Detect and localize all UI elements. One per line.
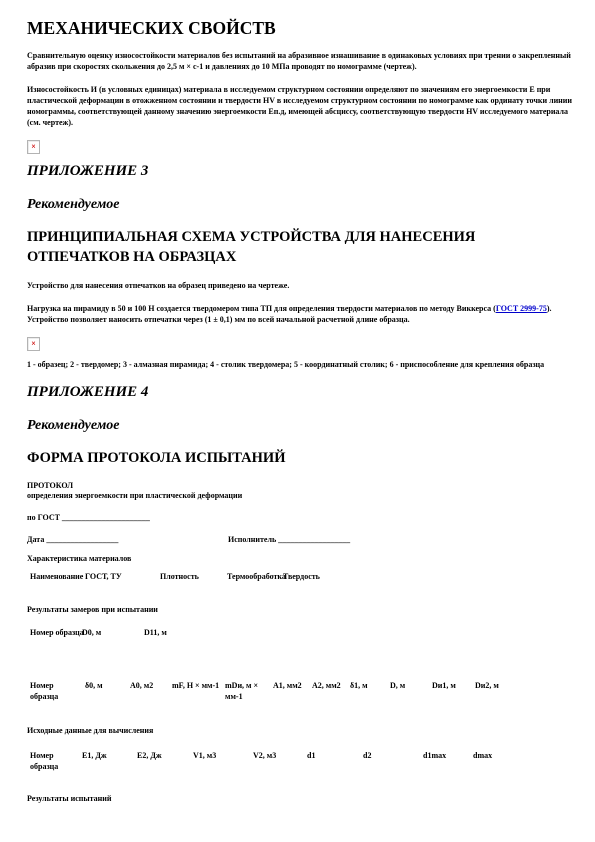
device-paragraph: Устройство для нанесения отпечатков на о… (27, 280, 575, 291)
table-cell: D, м (390, 681, 432, 702)
protocol-title: ПРОТОКОЛ (27, 481, 73, 490)
gost-blank-line: по ГОСТ ______________________ (27, 512, 575, 523)
initial-data-heading: Исходные данные для вычисления (27, 725, 575, 736)
date-blank-field: Дата __________________ (27, 534, 228, 545)
load-paragraph: Нагрузка на пирамиду в 50 и 100 Н создае… (27, 303, 575, 325)
materials-header-row: Наименование ГОСТ, ТУ Плотность Термообр… (27, 572, 575, 583)
gost-2999-75-link[interactable]: ГОСТ 2999-75 (496, 304, 547, 313)
table-cell: V1, м3 (193, 751, 253, 772)
table-cell: А2, мм2 (312, 681, 350, 702)
table-cell: Dи2, м (475, 681, 535, 702)
table-cell: δ1, м (350, 681, 390, 702)
table-cell: δ0, м (85, 681, 130, 702)
broken-image-icon: × (27, 140, 40, 154)
intro-paragraph-2: Износостойкость И (в условных единицах) … (27, 84, 575, 128)
initial-data-header-row: Номер образца Е1, Дж Е2, Дж V1, м3 V2, м… (27, 751, 575, 772)
page-title: МЕХАНИЧЕСКИХ СВОЙСТВ (27, 18, 575, 38)
intro-paragraph-1: Сравнительную оценку износостойкости мат… (27, 50, 575, 72)
broken-image-icon: × (27, 337, 40, 351)
measurements-header-row: Номер образца D0, м D11, м (27, 628, 575, 639)
table-cell: ГОСТ, ТУ (85, 572, 160, 583)
table-cell: Е1, Дж (82, 751, 137, 772)
table-cell: Номер образца (30, 751, 82, 772)
table-cell: D0, м (82, 628, 144, 639)
date-executor-row: Дата __________________ Исполнитель ____… (27, 534, 575, 545)
appendix4-title: ФОРМА ПРОТОКОЛА ИСПЫТАНИЙ (27, 448, 575, 468)
test-results-heading: Результаты испытаний (27, 793, 575, 804)
table-cell: Номер образца (30, 628, 82, 639)
document-page: МЕХАНИЧЕСКИХ СВОЙСТВ Сравнительную оценк… (0, 0, 595, 842)
table-cell: Номер образца (30, 681, 85, 702)
table-cell: Dи1, м (432, 681, 475, 702)
table-cell: D11, м (144, 628, 214, 639)
measurements-heading: Результаты замеров при испытании (27, 604, 575, 615)
protocol-header: ПРОТОКОЛ определения энергоемкости при п… (27, 481, 575, 500)
table-cell: dmax (473, 751, 523, 772)
appendix4-heading: ПРИЛОЖЕНИЕ 4 (27, 383, 575, 401)
table-cell: Термообработка (227, 572, 283, 583)
load-paragraph-text-before: Нагрузка на пирамиду в 50 и 100 Н создае… (27, 304, 496, 313)
figure-caption: 1 - образец; 2 - твердомер; 3 - алмазная… (27, 359, 575, 370)
table-cell: d2 (363, 751, 423, 772)
broken-image-x-glyph: × (31, 339, 36, 348)
table-cell: d1 (307, 751, 363, 772)
table-cell: А1, мм2 (273, 681, 312, 702)
broken-image-x-glyph: × (31, 142, 36, 151)
table-cell: V2, м3 (253, 751, 307, 772)
table-cell: mF, Н × мм-1 (172, 681, 225, 702)
table-cell: Плотность (160, 572, 227, 583)
appendix3-heading: ПРИЛОЖЕНИЕ 3 (27, 162, 575, 180)
table-cell: mDи, м × мм-1 (225, 681, 273, 702)
appendix4-subheading: Рекомендуемое (27, 417, 575, 434)
table-cell: А0, м2 (130, 681, 172, 702)
table-cell: d1max (423, 751, 473, 772)
protocol-subtitle: определения энергоемкости при пластическ… (27, 491, 242, 500)
results-table-header-row: Номер образца δ0, м А0, м2 mF, Н × мм-1 … (27, 681, 575, 702)
table-cell: Е2, Дж (137, 751, 193, 772)
table-cell: Наименование (30, 572, 85, 583)
appendix3-title: ПРИНЦИПИАЛЬНАЯ СХЕМА УСТРОЙСТВА ДЛЯ НАНЕ… (27, 227, 575, 267)
table-cell: Твердость (283, 572, 363, 583)
materials-heading: Характеристика материалов (27, 553, 575, 564)
executor-blank-field: Исполнитель __________________ (228, 534, 350, 545)
appendix3-subheading: Рекомендуемое (27, 196, 575, 213)
